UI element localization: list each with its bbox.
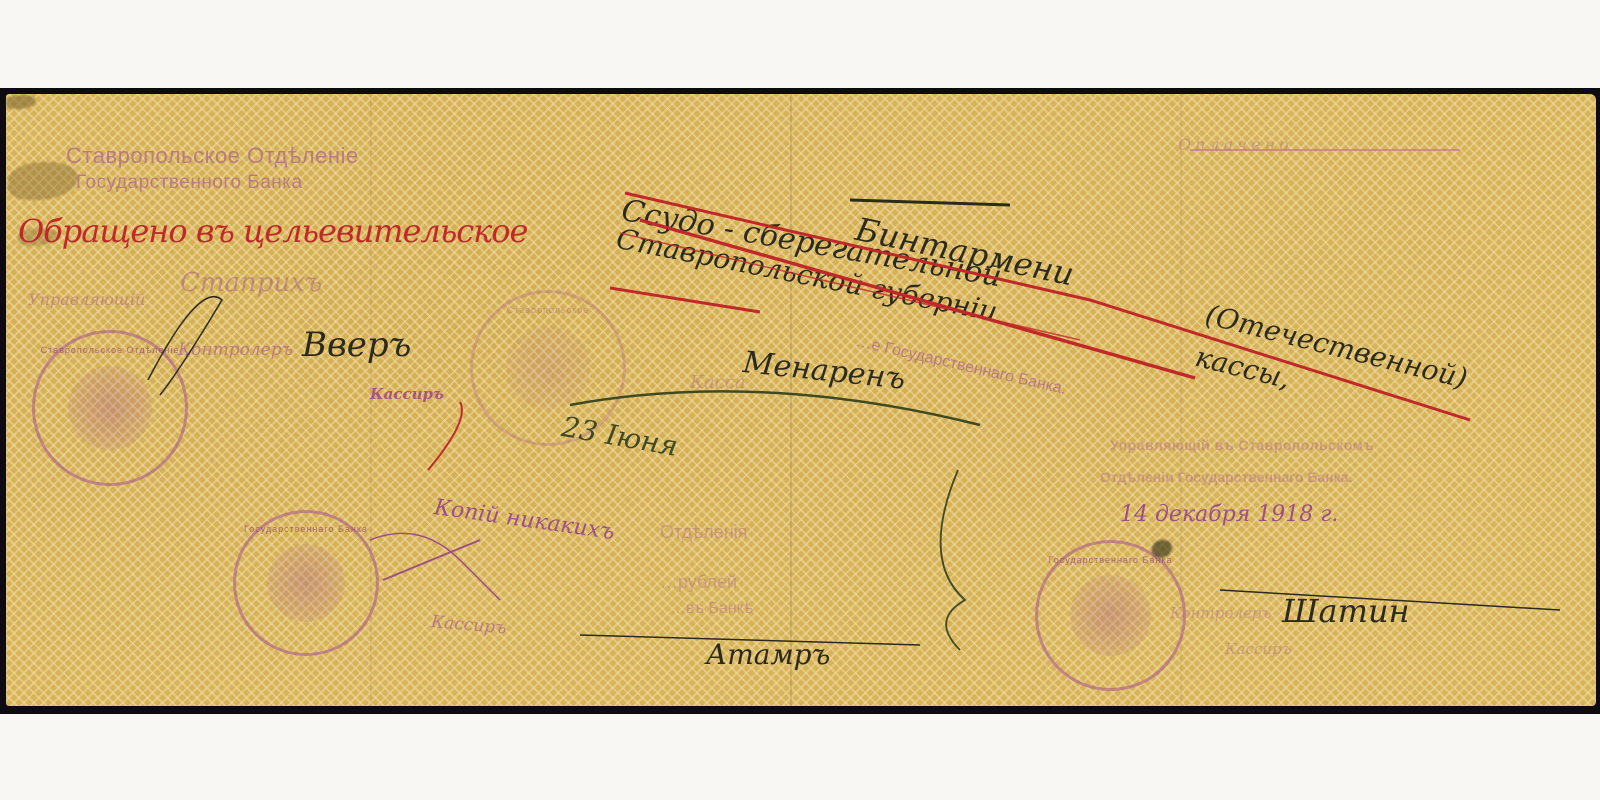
right-top-faint: Оплачено bbox=[1178, 135, 1293, 154]
stamp-text: Ставропольское bbox=[473, 305, 623, 315]
manager-label: Управляющій bbox=[28, 290, 145, 309]
red-heading: Обращено въ цельевительское bbox=[18, 212, 527, 250]
cashier-label: Кассиръ bbox=[370, 385, 444, 403]
manager-signature: Стаприхъ bbox=[180, 268, 322, 298]
right-printed-line-1: Управляющій въ Ставропольскомъ bbox=[1110, 437, 1374, 453]
bottom-signature: Атамръ bbox=[706, 638, 830, 671]
stamp-text: Государственнаго Банка bbox=[1038, 555, 1183, 565]
controller-signature: Вверъ bbox=[302, 325, 411, 365]
controller-label: Контролеръ bbox=[178, 340, 293, 360]
right-printed-line-2: Отдѣленіи Государственнаго Банка. bbox=[1100, 469, 1352, 485]
right-date: 14 декабря 1918 г. bbox=[1120, 502, 1338, 527]
right-signature: Шатин bbox=[1282, 592, 1410, 630]
printed-faint-2: …рублей bbox=[660, 572, 737, 593]
left-stamp: Ставропольское Отдѣленіе bbox=[32, 330, 188, 486]
right-controller-label: Контролеръ bbox=[1170, 604, 1271, 622]
stamp-text: Ставропольское Отдѣленіе bbox=[35, 345, 185, 355]
stamp-text: Государственнаго Банка bbox=[236, 524, 376, 534]
center-fold bbox=[790, 94, 792, 706]
bottom-left-stamp: Государственнаго Банка bbox=[233, 510, 379, 656]
printed-faint-1: Отдѣленія bbox=[660, 522, 747, 543]
header-line-1: Ставропольское Отдѣленіе bbox=[66, 143, 359, 169]
kassa-printed: Касса bbox=[690, 372, 746, 393]
right-stamp: Государственнаго Банка bbox=[1035, 540, 1186, 691]
header-line-2: Государственного Банка bbox=[76, 172, 303, 194]
printed-faint-3: …въ Банкѣ bbox=[670, 600, 753, 618]
right-cashier-label: Кассиръ bbox=[1225, 640, 1292, 658]
